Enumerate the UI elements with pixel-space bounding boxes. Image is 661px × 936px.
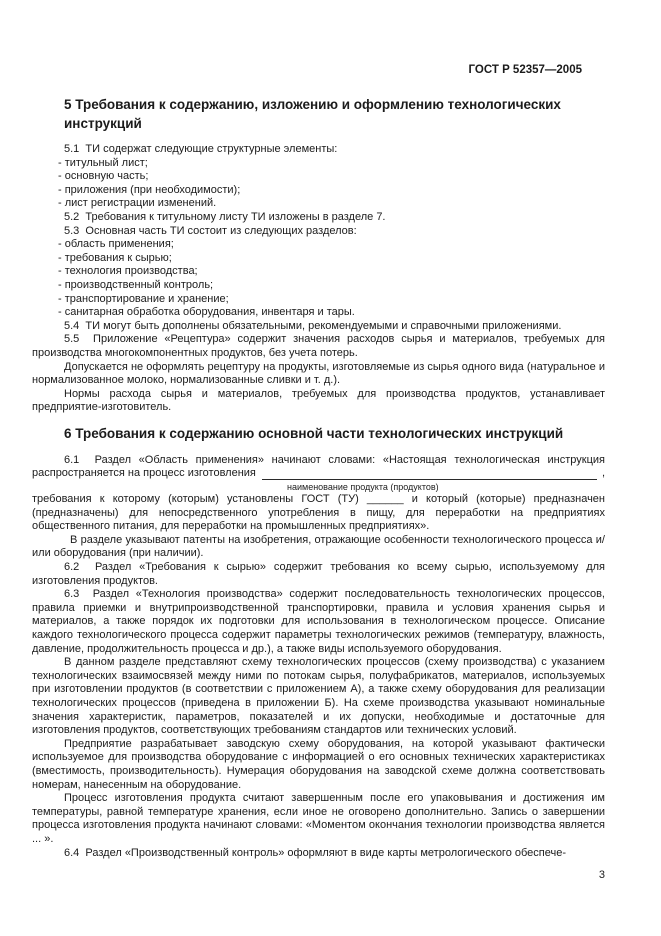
doc-header: ГОСТ Р 52357—2005 (32, 0, 605, 77)
para-5-5-cont-1: Допускается не оформлять рецептуру на пр… (32, 361, 605, 388)
list-item: - производственный контроль; (32, 279, 605, 293)
list-item: - требования к сырью; (32, 252, 605, 266)
blank-tail-text: , (602, 467, 605, 481)
para-6-3-cont-3: Процесс изготовления продукта считают за… (32, 792, 605, 846)
document-page: ГОСТ Р 52357—2005 5 Требования к содержа… (0, 0, 661, 936)
list-item: - титульный лист; (32, 157, 605, 171)
list-item: - приложения (при необходимости); (32, 184, 605, 198)
list-item: - область применения; (32, 238, 605, 252)
para-5-3: 5.3 Основная часть ТИ состоит из следующ… (32, 225, 605, 239)
doc-code: ГОСТ Р 52357—2005 (469, 64, 582, 76)
blank-lead-text: распространяется на процесс изготовления (32, 467, 256, 481)
para-5-2: 5.2 Требования к титульному листу ТИ изл… (32, 211, 605, 225)
fill-in-blank-line: распространяется на процесс изготовления… (32, 467, 605, 481)
list-item: - лист регистрации изменений. (32, 197, 605, 211)
list-item: - транспортирование и хранение; (32, 293, 605, 307)
list-item: - санитарная обработка оборудования, инв… (32, 306, 605, 320)
blank-caption: наименование продукта (продуктов) (287, 481, 605, 493)
para-5-4: 5.4 ТИ могут быть дополнены обязательным… (32, 320, 605, 334)
para-6-4: 6.4 Раздел «Производственный контроль» о… (32, 847, 605, 861)
para-5-1: 5.1 ТИ содержат следующие структурные эл… (32, 143, 605, 157)
section-6-heading: 6 Требования к содержанию основной части… (32, 424, 605, 443)
section-5-heading: 5 Требования к содержанию, изложению и о… (32, 95, 605, 133)
para-5-5: 5.5 Приложение «Рецептура» содержит знач… (32, 333, 605, 360)
list-item: - основную часть; (32, 170, 605, 184)
page-content: 5 Требования к содержанию, изложению и о… (32, 95, 605, 883)
para-6-1-line1: 6.1 Раздел «Область применения» начинают… (32, 454, 605, 468)
para-6-3-cont-1: В данном разделе представляют схему техн… (32, 656, 605, 738)
para-6-1-continuation: требования к которому (которым) установл… (32, 493, 605, 534)
list-item: - технология производства; (32, 265, 605, 279)
para-6-3-cont-2: Предприятие разрабатывает заводскую схем… (32, 738, 605, 792)
para-6-3: 6.3 Раздел «Технология производства» сод… (32, 588, 605, 656)
para-5-5-cont-2: Нормы расхода сырья и материалов, требуе… (32, 388, 605, 415)
blank-underline (262, 468, 597, 480)
para-6-1-note: В разделе указывают патенты на изобретен… (32, 534, 605, 561)
page-number: 3 (32, 869, 605, 883)
para-6-2: 6.2 Раздел «Требования к сырью» содержит… (32, 561, 605, 588)
